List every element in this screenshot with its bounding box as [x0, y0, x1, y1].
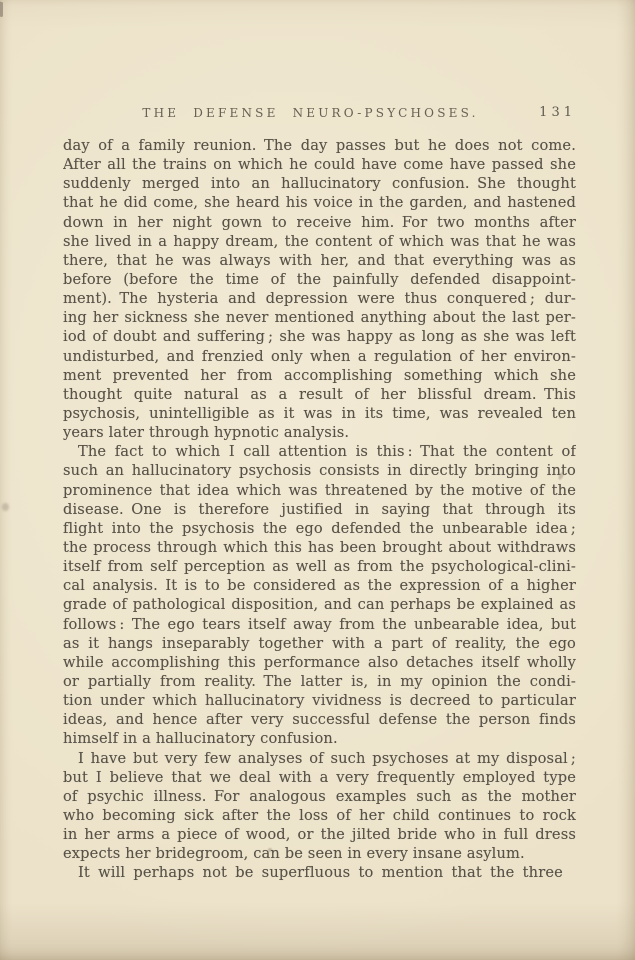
body-text: day of a family reunion. The day passes …	[63, 136, 576, 882]
text-line: After all the trains on which he could h…	[63, 155, 576, 174]
text-line: that he did come, she heard his voice in…	[63, 193, 576, 212]
text-line: cal analysis. It is to be considered as …	[63, 576, 576, 595]
text-line: ing her sickness she never mentioned any…	[63, 308, 576, 327]
paragraph: The fact to which I call attention is th…	[63, 442, 576, 748]
paragraph: I have but very few analyses of such psy…	[63, 749, 576, 864]
text-line: of psychic illness. For analogous exampl…	[63, 787, 576, 806]
text-line: prominence that idea which was threatene…	[63, 481, 576, 500]
text-line: while accomplishing this performance als…	[63, 653, 576, 672]
text-line: such an hallucinatory psychosis consists…	[63, 461, 576, 480]
paragraph: day of a family reunion. The day passes …	[63, 136, 576, 442]
text-line: itself from self perception as well as f…	[63, 557, 576, 576]
book-page: THE DEFENSE NEURO-PSYCHOSES. 131 day of …	[0, 0, 635, 960]
text-line: grade of pathological disposition, and c…	[63, 595, 576, 614]
page-header: THE DEFENSE NEURO-PSYCHOSES. 131	[63, 106, 576, 122]
scan-smudge-left-edge	[2, 503, 9, 511]
text-line: the process through which this has been …	[63, 538, 576, 557]
text-line: there, that he was always with her, and …	[63, 251, 576, 270]
text-line: ment prevented her from accomplishing so…	[63, 366, 576, 385]
text-line: follows : The ego tears itself away from…	[63, 615, 576, 634]
scan-speck-bottom	[268, 848, 272, 852]
text-line: in her arms a piece of wood, or the jilt…	[63, 825, 576, 844]
text-line: before (before the time of the painfully…	[63, 270, 576, 289]
text-line: undisturbed, and frenzied only when a re…	[63, 347, 576, 366]
text-line: I have but very few analyses of such psy…	[63, 749, 576, 768]
text-line: tion under which hallucinatory vividness…	[63, 691, 576, 710]
text-line: day of a family reunion. The day passes …	[63, 136, 576, 155]
text-line: who becoming sick after the loss of her …	[63, 806, 576, 825]
text-line: she lived in a happy dream, the content …	[63, 232, 576, 251]
text-line: down in her night gown to receive him. F…	[63, 213, 576, 232]
text-line: It will perhaps not be superfluous to me…	[63, 863, 576, 882]
text-line: ment). The hysteria and depression were …	[63, 289, 576, 308]
text-line: years later through hypnotic analysis.	[63, 423, 576, 442]
text-line: but I believe that we deal with a very f…	[63, 768, 576, 787]
text-line: ideas, and hence after very successful d…	[63, 710, 576, 729]
paragraph: It will perhaps not be superfluous to me…	[63, 863, 576, 882]
text-line: suddenly merged into an hallucinatory co…	[63, 174, 576, 193]
page-number: 131	[539, 105, 576, 120]
text-line: flight into the psychosis the ego defend…	[63, 519, 576, 538]
text-line: himself in a hallucinatory confusion.	[63, 729, 576, 748]
text-line: expects her bridegroom, can be seen in e…	[63, 844, 576, 863]
text-line: psychosis, unintelligible as it was in i…	[63, 404, 576, 423]
text-line: disease. One is therefore justified in s…	[63, 500, 576, 519]
text-line: as it hangs inseparably together with a …	[63, 634, 576, 653]
text-line: iod of doubt and suffering ; she was hap…	[63, 327, 576, 346]
text-line: The fact to which I call attention is th…	[63, 442, 576, 461]
text-line: or partially from reality. The latter is…	[63, 672, 576, 691]
scan-artifact-top-left	[0, 2, 3, 18]
text-line: thought quite natural as a result of her…	[63, 385, 576, 404]
running-title: THE DEFENSE NEURO-PSYCHOSES.	[54, 106, 567, 120]
